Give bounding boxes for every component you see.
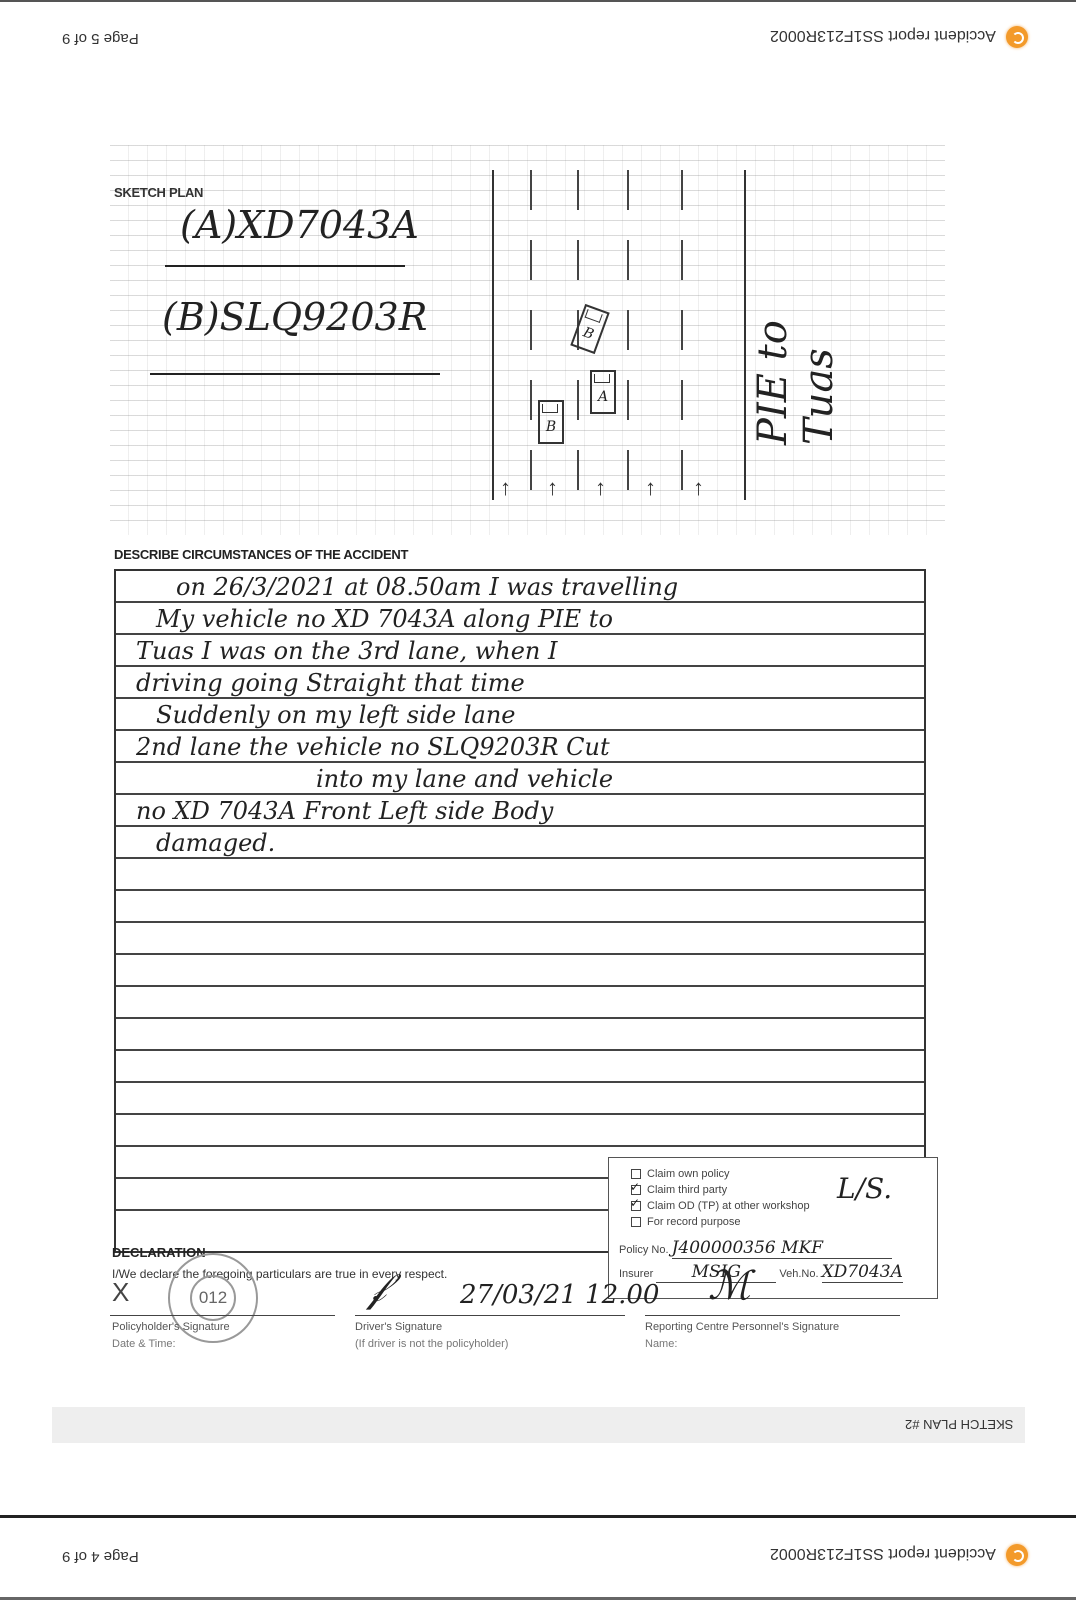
road-direction-label: PIE to Tuas [750,250,842,445]
workshop-value: L/S. [837,1172,892,1205]
page-number: Page 5 of 9 [62,30,139,47]
ruled-line [116,601,924,603]
personnel-signature-label: Reporting Centre Personnel's Signature [645,1321,839,1333]
checkbox [631,1169,641,1179]
ruled-line [116,761,924,763]
claim-options-box: Claim own policy Claim third party Claim… [608,1157,938,1299]
circumstances-line: driving going Straight that time [136,669,525,697]
direction-arrow-icon: ↑ [547,475,558,501]
driver-signature: 𝒻 [368,1265,386,1311]
ruled-line [116,793,924,795]
circumstances-line: no XD 7043A Front Left side Body [136,797,553,825]
claim-option: For record purpose [631,1216,741,1228]
claim-option-label: Claim OD (TP) at other workshop [647,1200,810,1212]
lane-divider [681,170,683,500]
declaration-text: I/We declare the foregoing particulars a… [112,1267,447,1281]
driver-signature-label: Driver's Signature [355,1321,442,1333]
report-title: Accident report SS1F213R0002 [770,26,996,44]
claim-option: Claim own policy [631,1168,730,1180]
ruled-line [116,1113,924,1115]
signature-line [110,1315,335,1316]
road-edge-right [744,170,746,500]
driver-date: 27/03/21 12.00 [460,1280,659,1310]
report-title: Accident report SS1F213R0002 [770,1544,996,1562]
ruled-line [116,1049,924,1051]
vehno-label: Veh.No. [779,1268,818,1280]
claim-option-label: Claim own policy [647,1168,730,1180]
insurer-label: Insurer [619,1268,653,1280]
lane-divider [627,170,629,500]
sketch-plan-label: SKETCH PLAN [114,185,203,200]
direction-arrow-icon: ↑ [693,475,704,501]
circumstances-line: on 26/3/2021 at 08.50am I was travelling [176,573,678,601]
page-header-bottom: Page 4 of 9 Accident report SS1F213R0002 [0,1522,1076,1582]
ruled-line [116,1017,924,1019]
lane-divider [530,170,532,500]
policy-label: Policy No. [619,1244,669,1256]
ruled-line [116,857,924,859]
car-marker: A [590,370,616,414]
direction-arrow-icon: ↑ [595,475,606,501]
sketch-plan-area: SKETCH PLAN (A)XD7043A (B)SLQ9203R B A B… [110,145,945,535]
underline [165,265,405,267]
circumstances-label: DESCRIBE CIRCUMSTANCES OF THE ACCIDENT [114,547,408,562]
direction-arrow-icon: ↑ [500,475,511,501]
insurer-field: Insurer MSIG Veh.No. XD7043A [619,1262,903,1283]
driver-signature-sub: (If driver is not the policyholder) [355,1338,508,1350]
scanned-form-page: SKETCH PLAN (A)XD7043A (B)SLQ9203R B A B… [110,145,945,1380]
vehicle-a-plate: (A)XD7043A [180,203,419,247]
ruled-line [116,1145,924,1147]
image-caption-bar: SKETCH PLAN #2 [52,1407,1025,1443]
policyholder-signature-label: Policyholder's Signature [112,1321,230,1333]
image-caption: SKETCH PLAN #2 [905,1417,1013,1432]
ruled-line [116,953,924,955]
policyholder-date-label: Date & Time: [112,1338,176,1350]
checkbox-checked [631,1201,641,1211]
circumstances-line: into my lane and vehicle [316,765,613,793]
circumstances-box: on 26/3/2021 at 08.50am I was travelling… [114,569,926,1253]
personnel-signature: ℳ [708,1263,751,1309]
page-number: Page 4 of 9 [62,1548,139,1565]
policyholder-mark: X [112,1277,129,1308]
ruled-line [116,889,924,891]
underline [150,373,440,375]
ruled-line [116,825,924,827]
checkbox-checked [631,1185,641,1195]
orange-circle-logo-icon [1006,1544,1028,1566]
road-edge-left [492,170,494,500]
circumstances-line: damaged. [156,829,275,857]
page-divider [0,1515,1076,1518]
orange-circle-logo-icon [1006,26,1028,48]
circumstances-line: Tuas I was on the 3rd lane, when I [136,637,558,665]
ruled-line [116,985,924,987]
ruled-line [116,921,924,923]
claim-option-label: For record purpose [647,1216,741,1228]
circumstances-line: 2nd lane the vehicle no SLQ9203R Cut [136,733,610,761]
circumstances-line: My vehicle no XD 7043A along PIE to [156,605,613,633]
ruled-line [116,1081,924,1083]
ruled-line [116,697,924,699]
checkbox [631,1217,641,1227]
policy-field: Policy No. J400000356 MKF [619,1238,892,1259]
circumstances-line: Suddenly on my left side lane [156,701,516,729]
ruled-line [116,633,924,635]
personnel-name-label: Name: [645,1338,677,1350]
claim-option: Claim third party [631,1184,727,1196]
vehno-value: XD7043A [822,1262,903,1283]
signature-line [645,1315,900,1316]
ruled-line [116,729,924,731]
direction-arrow-icon: ↑ [645,475,656,501]
top-border [0,0,1076,2]
signature-line [355,1315,625,1316]
car-marker: B [538,400,564,444]
claim-option: Claim OD (TP) at other workshop [631,1200,810,1212]
page-header-top: Page 5 of 9 Accident report SS1F213R0002 [0,4,1076,64]
policy-value: J400000356 MKF [672,1238,892,1259]
claim-option-label: Claim third party [647,1184,727,1196]
ruled-line [116,665,924,667]
vehicle-b-plate: (B)SLQ9203R [162,295,427,339]
